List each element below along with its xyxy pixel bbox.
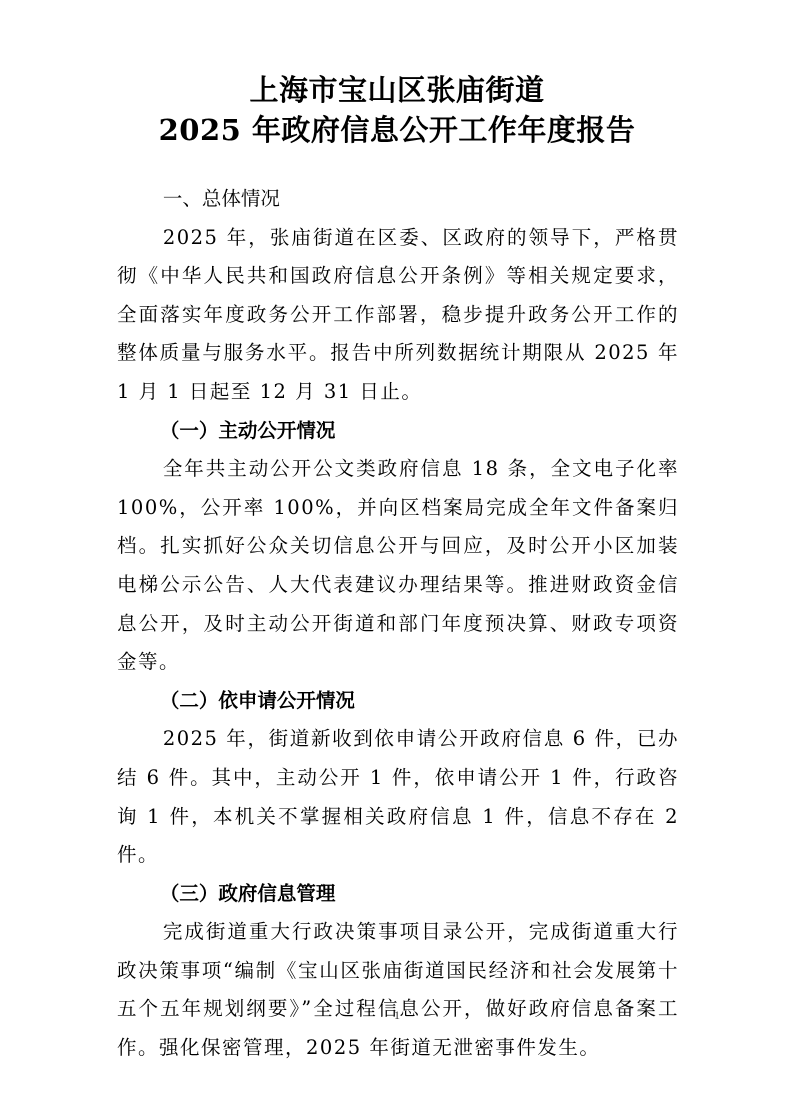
- section-heading-overview: 一、总体情况: [117, 180, 679, 219]
- page-number: 1: [0, 1008, 794, 1023]
- section-heading-request-disclosure: （二）依申请公开情况: [117, 682, 679, 721]
- document-title-line2: 2025 年政府信息公开工作年度报告: [0, 110, 794, 150]
- paragraph-info-management: 完成街道重大行政决策事项目录公开，完成街道重大行政决策事项“编制《宝山区张庙街道…: [117, 913, 679, 1067]
- paragraph-overview: 2025 年，张庙街道在区委、区政府的领导下，严格贯彻《中华人民共和国政府信息公…: [117, 219, 679, 412]
- document-title-line1: 上海市宝山区张庙街道: [0, 70, 794, 110]
- paragraph-request-disclosure: 2025 年，街道新收到依申请公开政府信息 6 件，已办结 6 件。其中，主动公…: [117, 720, 679, 874]
- document-page: 上海市宝山区张庙街道 2025 年政府信息公开工作年度报告 一、总体情况 202…: [0, 0, 794, 1093]
- section-heading-info-management: （三）政府信息管理: [117, 875, 679, 914]
- document-body: 一、总体情况 2025 年，张庙街道在区委、区政府的领导下，严格贯彻《中华人民共…: [117, 180, 679, 1068]
- section-heading-proactive-disclosure: （一）主动公开情况: [117, 412, 679, 451]
- paragraph-proactive-disclosure: 全年共主动公开公文类政府信息 18 条，全文电子化率 100%，公开率 100%…: [117, 450, 679, 682]
